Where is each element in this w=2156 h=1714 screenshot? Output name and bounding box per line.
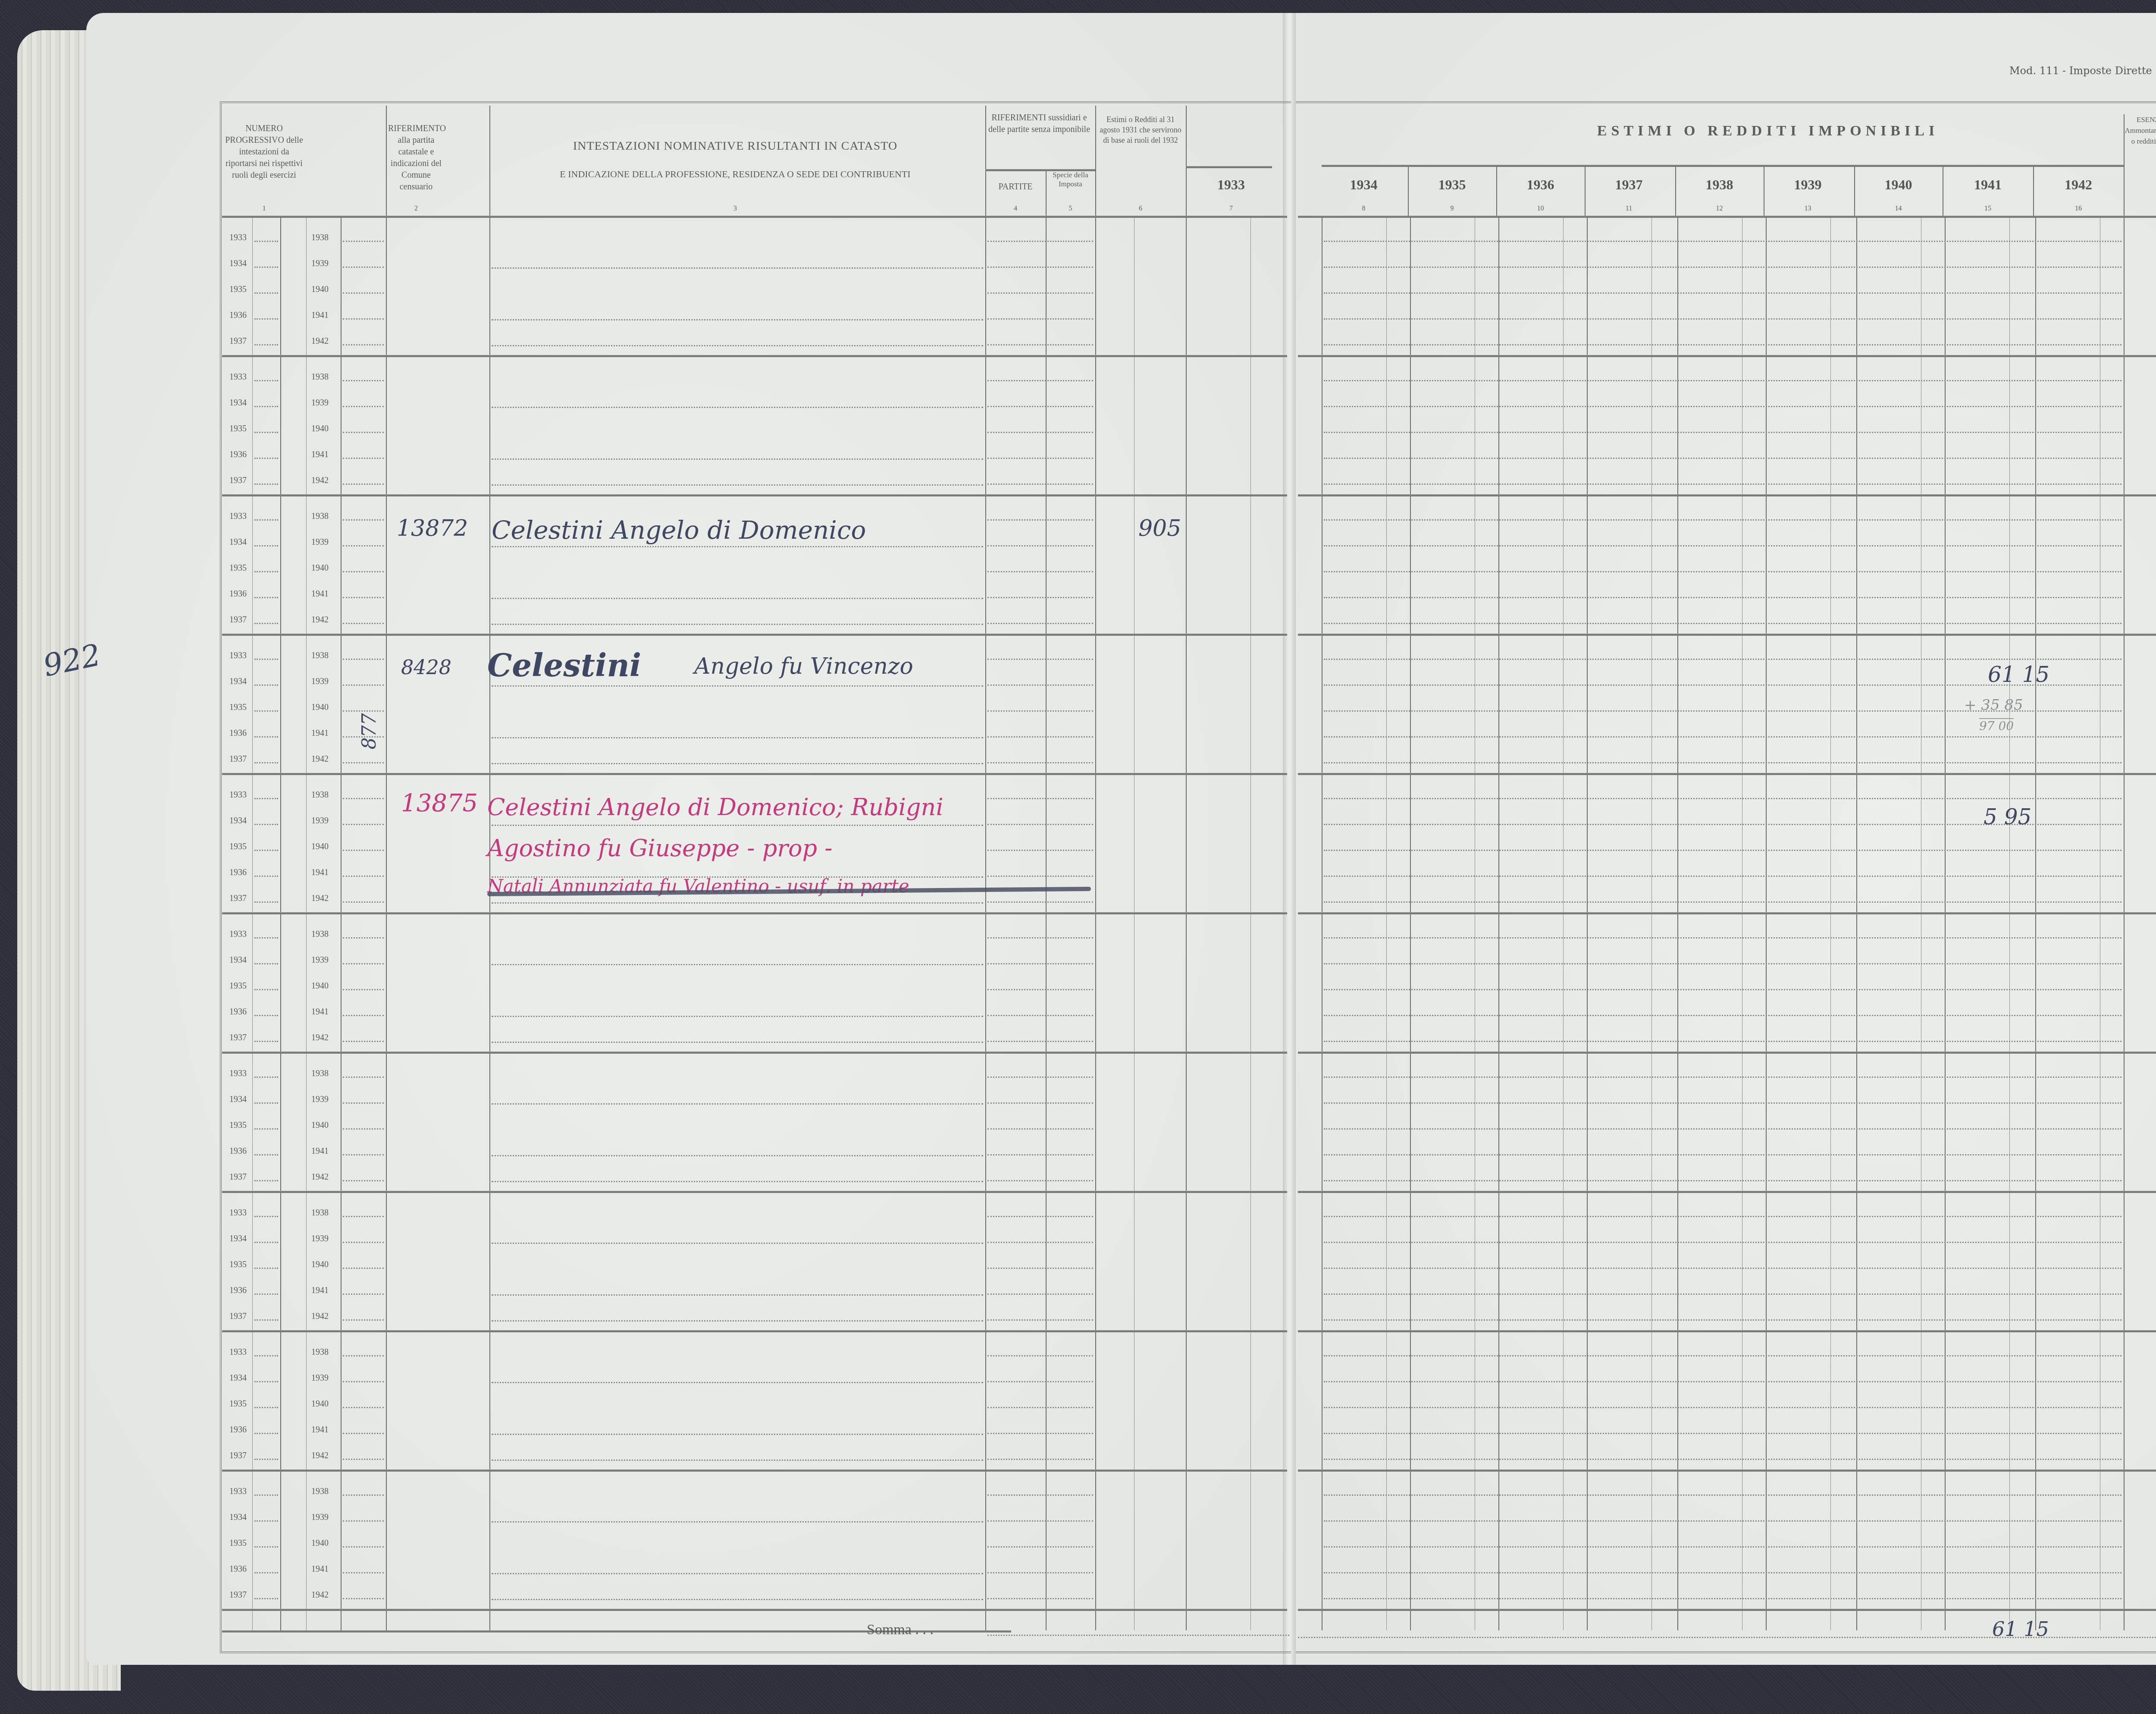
dotted-rule (343, 1102, 384, 1104)
dotted-rule (1324, 736, 2122, 738)
dotted-rule (492, 319, 983, 320)
dotted-rule (492, 1181, 983, 1182)
block-rule-left (222, 216, 1287, 218)
dotted-rule (1324, 1242, 2122, 1243)
block-rule-left (222, 912, 1287, 914)
entry-2-given-name: Angelo fu Vincenzo (694, 653, 913, 679)
row-year-a: 1934 (229, 677, 247, 687)
dotted-rule (987, 937, 1093, 939)
dotted-rule (254, 850, 278, 851)
row-year-b: 1942 (311, 1312, 329, 1322)
row-year-b: 1938 (311, 372, 329, 382)
row-year-b: 1941 (311, 1146, 329, 1156)
dotted-rule (987, 344, 1093, 345)
dotted-rule (1324, 850, 2122, 851)
dotted-rule (254, 762, 278, 763)
row-year-b: 1942 (311, 476, 329, 486)
dotted-rule (343, 1041, 384, 1042)
entry-1-estimo-1931: 905 (1138, 515, 1181, 541)
dotted-rule (987, 1407, 1093, 1408)
dotted-rule (343, 1242, 384, 1243)
block-rule-left (222, 1052, 1287, 1054)
dotted-rule (254, 380, 278, 381)
header-esenzioni: ESENZIONI — Ammontare degli estimi o red… (2124, 114, 2156, 147)
column-rule (1475, 216, 1475, 1630)
row-year-b: 1939 (311, 1095, 329, 1105)
column-rule (2009, 216, 2010, 1630)
dotted-rule (492, 546, 983, 547)
row-year-b: 1940 (311, 842, 329, 852)
row-year-a: 1936 (229, 450, 247, 460)
dotted-rule (987, 1180, 1093, 1181)
dotted-rule (343, 344, 384, 345)
dotted-rule (343, 1319, 384, 1321)
block-rule-right (1298, 1330, 2156, 1332)
header-year-1934: 1934 (1322, 179, 1406, 191)
dotted-rule (987, 1433, 1093, 1434)
dotted-rule (343, 406, 384, 407)
dotted-rule (1324, 1520, 2122, 1522)
dotted-rule (987, 1268, 1093, 1269)
col-num-2: 2 (388, 203, 444, 214)
dotted-rule (987, 1242, 1093, 1243)
dotted-rule (1324, 1494, 2122, 1496)
entry-2-value-1941: 61 15 (1988, 662, 2049, 687)
dotted-rule (254, 963, 278, 964)
header-rule (1764, 166, 1764, 216)
row-year-b: 1939 (311, 816, 329, 826)
column-rule (1322, 216, 1322, 1630)
column-rule (1830, 216, 1831, 1630)
somma-rule-left (987, 1635, 1289, 1636)
dotted-rule (254, 1433, 278, 1434)
row-year-a: 1937 (229, 1451, 247, 1461)
dotted-rule (987, 989, 1093, 990)
dotted-rule (987, 1520, 1093, 1522)
form-identifier: Mod. 111 - Imposte Dirette (Intercalare)… (2009, 65, 2156, 77)
col-num-12: 12 (1677, 203, 1761, 214)
row-year-a: 1935 (229, 1121, 247, 1130)
row-year-b: 1942 (311, 1590, 329, 1600)
dotted-rule (1324, 571, 2122, 572)
dotted-rule (343, 432, 384, 433)
row-year-b: 1938 (311, 1208, 329, 1218)
row-year-a: 1936 (229, 1286, 247, 1296)
header-estimi-imponibili: ESTIMI O REDDITI IMPONIBILI (1423, 125, 2113, 137)
dotted-rule (987, 1355, 1093, 1356)
col-num-4: 4 (985, 203, 1046, 214)
col-num-7: 7 (1188, 203, 1274, 214)
dotted-rule (343, 571, 384, 572)
header-indicazione: E INDICAZIONE DELLA PROFESSIONE, RESIDEN… (492, 168, 979, 180)
row-year-b: 1939 (311, 1373, 329, 1383)
dotted-rule (492, 825, 983, 826)
dotted-rule (987, 1102, 1093, 1104)
dotted-rule (343, 1520, 384, 1522)
column-rule (1563, 216, 1564, 1630)
row-year-a: 1934 (229, 259, 247, 269)
row-year-b: 1939 (311, 259, 329, 269)
column-rule (1498, 216, 1499, 1630)
block-rule-right (1298, 1469, 2156, 1472)
block-rule-left (222, 1469, 1287, 1472)
dotted-rule (492, 1573, 983, 1574)
row-year-a: 1937 (229, 1172, 247, 1182)
entry-2-side-note: 877 (358, 713, 380, 750)
dotted-rule (987, 710, 1093, 712)
dotted-rule (492, 1599, 983, 1600)
dotted-rule (1324, 1459, 2122, 1460)
column-rule (1250, 216, 1251, 1630)
row-year-a: 1937 (229, 615, 247, 625)
dotted-rule (1324, 545, 2122, 546)
column-rule (252, 216, 253, 1630)
col-num-16: 16 (2035, 203, 2122, 214)
dotted-rule (1324, 1381, 2122, 1382)
dotted-rule (254, 1154, 278, 1155)
dotted-rule (987, 406, 1093, 407)
header-rule (1095, 106, 1096, 216)
entry-2-partita: 8428 (401, 656, 451, 679)
dotted-rule (254, 519, 278, 521)
dotted-rule (254, 406, 278, 407)
dotted-rule (987, 1494, 1093, 1496)
dotted-rule (1324, 344, 2122, 345)
dotted-rule (254, 623, 278, 624)
entry-1-name: Celestini Angelo di Domenico (492, 515, 866, 545)
row-year-b: 1938 (311, 233, 329, 243)
dotted-rule (254, 1293, 278, 1295)
column-rule (1766, 216, 1767, 1630)
dotted-rule (343, 850, 384, 851)
entry-3-line-2: Agostino fu Giuseppe - prop - (487, 835, 833, 862)
row-year-b: 1941 (311, 1564, 329, 1574)
header-rule (2124, 114, 2125, 216)
row-year-a: 1936 (229, 1564, 247, 1574)
dotted-rule (1324, 1293, 2122, 1295)
dotted-rule (987, 1546, 1093, 1548)
dotted-rule (987, 963, 1093, 964)
dotted-rule (987, 545, 1093, 546)
dotted-rule (492, 1434, 983, 1435)
dotted-rule (254, 710, 278, 712)
row-year-a: 1934 (229, 1513, 247, 1523)
dotted-rule (492, 763, 983, 764)
dotted-rule (254, 1102, 278, 1104)
row-year-b: 1941 (311, 311, 329, 320)
row-year-b: 1938 (311, 1347, 329, 1357)
header-rule (2033, 166, 2034, 216)
dotted-rule (1324, 380, 2122, 381)
block-rule-right (1298, 634, 2156, 636)
header-riferimento: RIFERIMENTO alla partita catastale e ind… (388, 123, 444, 193)
dotted-rule (987, 659, 1093, 660)
dotted-rule (987, 1381, 1093, 1382)
dotted-rule (1324, 292, 2122, 294)
entry-3-line-1: Celestini Angelo di Domenico; Rubigni (487, 794, 943, 821)
row-year-a: 1936 (229, 1146, 247, 1156)
dotted-rule (254, 1494, 278, 1496)
row-year-b: 1939 (311, 537, 329, 547)
dotted-rule (343, 545, 384, 546)
header-intestazioni: INTESTAZIONI NOMINATIVE RISULTANTI IN CA… (492, 140, 979, 152)
column-rule (341, 216, 342, 1630)
dotted-rule (254, 1180, 278, 1181)
dotted-rule (1324, 1077, 2122, 1078)
dotted-rule (987, 241, 1093, 242)
header-rule (386, 106, 387, 216)
dotted-rule (254, 1077, 278, 1078)
col-num-17: 17 (2124, 203, 2156, 214)
dotted-rule (254, 1268, 278, 1269)
dotted-rule (492, 964, 983, 965)
col-num-10: 10 (1498, 203, 1583, 214)
dotted-rule (492, 1521, 983, 1523)
col-num-15: 15 (1945, 203, 2031, 214)
header-year-1933: 1933 (1188, 179, 1274, 191)
row-year-b: 1940 (311, 1260, 329, 1270)
dotted-rule (492, 1155, 983, 1156)
column-rule (2100, 216, 2100, 1630)
header-rule (1675, 166, 1676, 216)
header-riferimenti-sussidiari: RIFERIMENTI sussidiari e delle partite s… (985, 112, 1093, 135)
header-rule (1408, 166, 1409, 216)
dotted-rule (492, 598, 983, 599)
dotted-rule (254, 344, 278, 345)
row-year-b: 1938 (311, 790, 329, 800)
row-year-a: 1935 (229, 1399, 247, 1409)
dotted-rule (987, 458, 1093, 459)
row-year-b: 1941 (311, 589, 329, 599)
dotted-rule (987, 1015, 1093, 1016)
row-year-b: 1940 (311, 1121, 329, 1130)
column-rule (1410, 216, 1411, 1630)
block-rule-right (1298, 216, 2156, 218)
dotted-rule (343, 1293, 384, 1295)
dotted-rule (1324, 241, 2122, 242)
row-year-a: 1933 (229, 372, 247, 382)
dotted-rule (343, 798, 384, 799)
dotted-rule (343, 1546, 384, 1548)
dotted-rule (343, 876, 384, 877)
row-year-b: 1941 (311, 1425, 329, 1435)
dotted-rule (987, 798, 1093, 799)
header-year-1935: 1935 (1410, 179, 1494, 191)
row-year-b: 1939 (311, 1513, 329, 1523)
row-year-b: 1942 (311, 894, 329, 904)
block-rule-right (1298, 1609, 2156, 1611)
dotted-rule (254, 1598, 278, 1599)
block-rule-right (1298, 494, 2156, 496)
col-num-8: 8 (1322, 203, 1406, 214)
row-year-a: 1933 (229, 790, 247, 800)
block-rule-right (1298, 1191, 2156, 1193)
row-year-a: 1935 (229, 703, 247, 713)
header-year-1936: 1936 (1498, 179, 1583, 191)
dotted-rule (492, 484, 983, 486)
dotted-rule (254, 1572, 278, 1573)
dotted-rule (343, 380, 384, 381)
header-rule (1322, 165, 2124, 167)
dotted-rule (1324, 1180, 2122, 1181)
row-year-a: 1934 (229, 537, 247, 547)
row-year-a: 1935 (229, 1260, 247, 1270)
row-year-b: 1938 (311, 1487, 329, 1497)
row-year-a: 1934 (229, 1234, 247, 1244)
dotted-rule (492, 1320, 983, 1322)
dotted-rule (254, 432, 278, 433)
dotted-rule (1324, 1041, 2122, 1042)
block-rule-right (1298, 773, 2156, 775)
dotted-rule (987, 483, 1093, 485)
entry-3-value-1941: 5 95 (1984, 804, 2031, 829)
dotted-rule (987, 876, 1093, 877)
dotted-rule (254, 545, 278, 546)
dotted-rule (492, 902, 983, 904)
dotted-rule (1324, 1154, 2122, 1155)
right-table-frame (1296, 101, 2156, 1653)
dotted-rule (987, 292, 1093, 294)
row-year-a: 1936 (229, 311, 247, 320)
row-year-a: 1934 (229, 398, 247, 408)
dotted-rule (254, 292, 278, 294)
row-year-b: 1942 (311, 336, 329, 346)
row-year-a: 1937 (229, 1312, 247, 1322)
dotted-rule (254, 318, 278, 320)
header-rule (489, 106, 490, 216)
header-rule (1046, 170, 1047, 216)
dotted-rule (254, 1015, 278, 1016)
dotted-rule (254, 1381, 278, 1382)
dotted-rule (492, 1243, 983, 1244)
dotted-rule (1324, 318, 2122, 320)
dotted-rule (254, 1041, 278, 1042)
dotted-rule (987, 762, 1093, 763)
dotted-rule (254, 1520, 278, 1522)
dotted-rule (343, 292, 384, 294)
dotted-rule (1324, 267, 2122, 268)
col-num-13: 13 (1766, 203, 1850, 214)
dotted-rule (343, 1268, 384, 1269)
dotted-rule (987, 1459, 1093, 1460)
col-num-9: 9 (1410, 203, 1494, 214)
header-partite: PARTITE (985, 181, 1046, 193)
header-year-1938: 1938 (1677, 179, 1761, 191)
row-year-a: 1933 (229, 512, 247, 521)
dotted-rule (1324, 1546, 2122, 1548)
column-rule (2124, 216, 2125, 1630)
row-year-a: 1933 (229, 929, 247, 939)
column-rule (1921, 216, 1921, 1630)
somma-value-1941: 61 15 (1992, 1617, 2049, 1641)
row-year-b: 1942 (311, 754, 329, 764)
block-rule-left (222, 1330, 1287, 1332)
block-rule-right (1298, 1052, 2156, 1054)
dotted-rule (343, 824, 384, 825)
row-year-a: 1936 (229, 868, 247, 878)
column-rule (386, 216, 387, 1630)
column-rule (1945, 216, 1946, 1630)
dotted-rule (343, 1077, 384, 1078)
somma-label: Somma . . . (867, 1622, 934, 1638)
dotted-rule (254, 571, 278, 572)
dotted-rule (492, 1294, 983, 1296)
dotted-rule (254, 1407, 278, 1408)
block-rule-left (222, 634, 1287, 636)
column-rule (306, 216, 307, 1630)
dotted-rule (343, 519, 384, 521)
dotted-rule (987, 1572, 1093, 1573)
dotted-rule (1324, 989, 2122, 990)
row-year-a: 1937 (229, 894, 247, 904)
row-year-a: 1933 (229, 1069, 247, 1079)
row-year-a: 1936 (229, 589, 247, 599)
row-year-b: 1942 (311, 615, 329, 625)
dotted-rule (492, 737, 983, 738)
dotted-rule (254, 901, 278, 903)
dotted-rule (343, 597, 384, 598)
dotted-rule (987, 571, 1093, 572)
row-year-a: 1935 (229, 981, 247, 991)
dotted-rule (343, 1381, 384, 1382)
dotted-rule (343, 762, 384, 763)
col-num-1: 1 (224, 203, 304, 214)
dotted-rule (254, 824, 278, 825)
block-rule-left (222, 773, 1287, 775)
dotted-rule (254, 483, 278, 485)
dotted-rule (987, 1128, 1093, 1130)
entry-2-calc-add: + 35 85 (1964, 697, 2023, 714)
row-year-b: 1940 (311, 1399, 329, 1409)
dotted-rule (343, 659, 384, 660)
entry-2-surname: Celestini (487, 647, 641, 684)
dotted-rule (987, 1077, 1093, 1078)
dotted-rule (492, 458, 983, 460)
dotted-rule (254, 1355, 278, 1356)
row-year-b: 1939 (311, 398, 329, 408)
entry-3-partita: 13875 (401, 789, 478, 817)
row-year-b: 1941 (311, 450, 329, 460)
column-rule (1742, 216, 1742, 1630)
dotted-rule (492, 407, 983, 408)
row-year-b: 1940 (311, 703, 329, 713)
column-rule (1095, 216, 1096, 1630)
header-year-1940: 1940 (1856, 179, 1940, 191)
dotted-rule (343, 1216, 384, 1217)
dotted-rule (1324, 623, 2122, 624)
row-year-b: 1942 (311, 1033, 329, 1043)
row-year-b: 1941 (311, 728, 329, 738)
dotted-rule (343, 1015, 384, 1016)
dotted-rule (343, 963, 384, 964)
row-year-b: 1941 (311, 868, 329, 878)
dotted-rule (254, 876, 278, 877)
dotted-rule (343, 623, 384, 624)
row-year-b: 1939 (311, 955, 329, 965)
row-year-b: 1939 (311, 1234, 329, 1244)
row-year-a: 1935 (229, 1538, 247, 1548)
row-year-a: 1934 (229, 1095, 247, 1105)
dotted-rule (254, 458, 278, 459)
dotted-rule (1324, 1015, 2122, 1016)
dotted-rule (254, 1319, 278, 1321)
row-year-a: 1934 (229, 1373, 247, 1383)
dotted-rule (987, 1041, 1093, 1042)
row-year-b: 1941 (311, 1286, 329, 1296)
column-rule (1134, 216, 1134, 1630)
row-year-b: 1940 (311, 563, 329, 573)
dotted-rule (987, 623, 1093, 624)
